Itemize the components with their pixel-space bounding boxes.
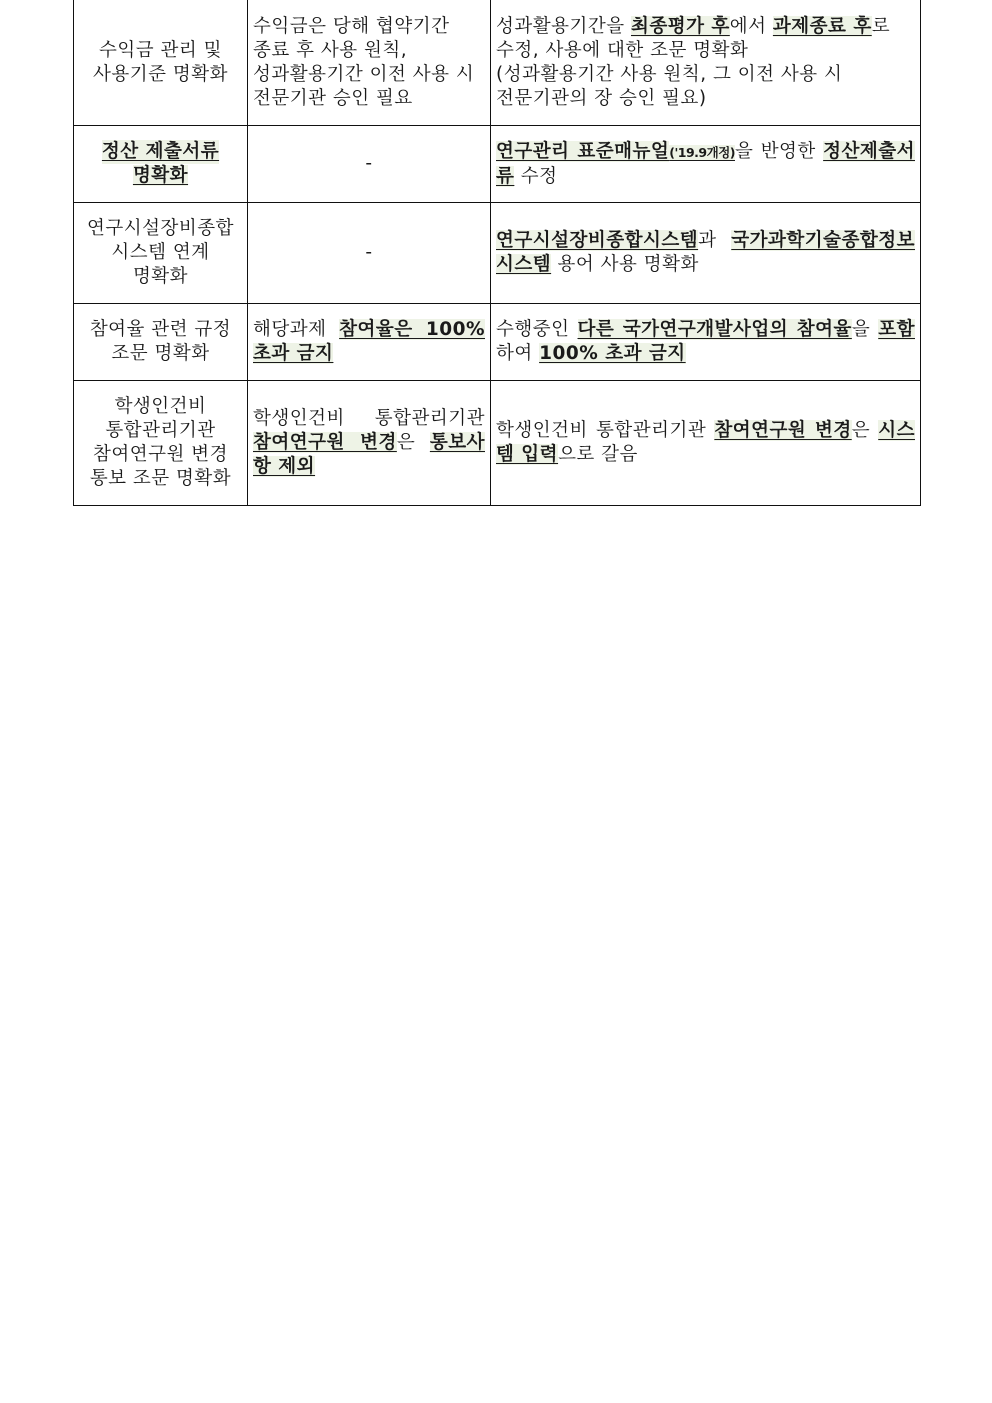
item-text: 시스템 연계 [79,241,242,265]
item-text: 통합관리기관 [79,419,242,443]
item-text: 정산 제출서류 [102,140,219,164]
item-cell: 참여율 관련 규정 조문 명확화 [74,304,248,381]
before-cell: 학생인건비 통합관리기관 참여연구원 변경은 통보사항 제외 [248,381,491,506]
after-text: (성과활용기간 사용 원칙, 그 이전 사용 시 [496,63,915,87]
highlight-text: ('19.9개정) [669,145,735,160]
before-cell: 수익금은 당해 협약기간 종료 후 사용 원칙, 성과활용기간 이전 사용 시 … [248,0,491,126]
item-text: 명확화 [133,165,188,186]
item-text: 참여연구원 변경 [79,443,242,467]
table-row: 학생인건비 통합관리기관 참여연구원 변경 통보 조문 명확화 학생인건비 통합… [74,381,921,506]
highlight-text: 참여연구원 변경 [253,432,397,453]
after-text: 으로 갈음 [558,444,638,465]
before-text: - [365,153,372,174]
table-row: 참여율 관련 규정 조문 명확화 해당과제 참여율은 100% 초과 금지 수행… [74,304,921,381]
item-text: 참여율 관련 규정 [79,318,242,342]
highlight-text: 포함 [878,319,915,340]
item-text: 수익금 관리 및 [79,39,242,63]
before-cell: - [248,203,491,304]
table-row: 정산 제출서류 명확화 - 연구관리 표준매뉴얼('19.9개정)을 반영한 정… [74,126,921,203]
item-text: 사용기준 명확화 [79,63,242,87]
before-text: 전문기관 승인 필요 [253,87,485,111]
item-cell: 학생인건비 통합관리기관 참여연구원 변경 통보 조문 명확화 [74,381,248,506]
highlight-text: 100% 초과 금지 [539,343,686,364]
table-row: 연구시설장비종합 시스템 연계 명확화 - 연구시설장비종합시스템과 국가과학기… [74,203,921,304]
item-cell: 수익금 관리 및 사용기준 명확화 [74,0,248,126]
after-text: 을 [852,319,878,340]
item-text: 조문 명확화 [79,342,242,366]
highlight-text: 다른 국가연구개발사업의 참여율 [578,319,852,340]
before-text: 해당과제 [253,319,339,340]
after-text: 을 반영한 [735,141,823,162]
after-cell: 수행중인 다른 국가연구개발사업의 참여율을 포함하여 100% 초과 금지 [491,304,921,381]
after-cell: 성과활용기간을 최종평가 후에서 과제종료 후로 수정, 사용에 대한 조문 명… [491,0,921,126]
highlight-text: 연구시설장비종합시스템 [496,230,698,251]
before-text: 종료 후 사용 원칙, [253,39,485,63]
after-cell: 연구관리 표준매뉴얼('19.9개정)을 반영한 정산제출서류 수정 [491,126,921,203]
before-cell: 해당과제 참여율은 100% 초과 금지 [248,304,491,381]
after-cell: 학생인건비 통합관리기관 참여연구원 변경은 시스템 입력으로 갈음 [491,381,921,506]
before-text: 수익금은 당해 협약기간 [253,15,485,39]
after-text: 수행중인 [496,319,578,340]
after-text: 전문기관의 장 승인 필요) [496,87,915,111]
item-text: 명확화 [79,265,242,289]
before-cell: - [248,126,491,203]
after-text: 로 [872,16,890,37]
after-text: 과 [698,230,731,251]
highlight-text: 연구관리 표준매뉴얼 [496,141,669,162]
after-cell: 연구시설장비종합시스템과 국가과학기술종합정보시스템 용어 사용 명확화 [491,203,921,304]
after-text: 은 [852,420,879,441]
item-cell: 연구시설장비종합 시스템 연계 명확화 [74,203,248,304]
highlight-text: 참여연구원 변경 [714,420,851,441]
item-text: 통보 조문 명확화 [79,467,242,491]
comparison-table: 수익금 관리 및 사용기준 명확화 수익금은 당해 협약기간 종료 후 사용 원… [73,0,921,506]
after-text: 성과활용기간을 [496,16,631,37]
after-text: 수정 [514,166,557,187]
after-text: 하여 [496,343,539,364]
after-text: 학생인건비 통합관리기관 [496,420,714,441]
table-row: 수익금 관리 및 사용기준 명확화 수익금은 당해 협약기간 종료 후 사용 원… [74,0,921,126]
before-text: - [365,242,372,263]
item-cell: 정산 제출서류 명확화 [74,126,248,203]
before-text: 은 [397,432,430,453]
after-text: 에서 [730,16,773,37]
highlight-text: 과제종료 후 [773,16,872,37]
after-line: 성과활용기간을 최종평가 후에서 과제종료 후로 [496,15,915,39]
item-text: 학생인건비 [79,395,242,419]
after-text: 수정, 사용에 대한 조문 명확화 [496,39,915,63]
before-text: 학생인건비 통합관리기관 [253,408,485,429]
before-text: 성과활용기간 이전 사용 시 [253,63,485,87]
highlight-text: 최종평가 후 [631,16,730,37]
after-text: 용어 사용 명확화 [551,254,699,275]
item-text: 연구시설장비종합 [79,217,242,241]
